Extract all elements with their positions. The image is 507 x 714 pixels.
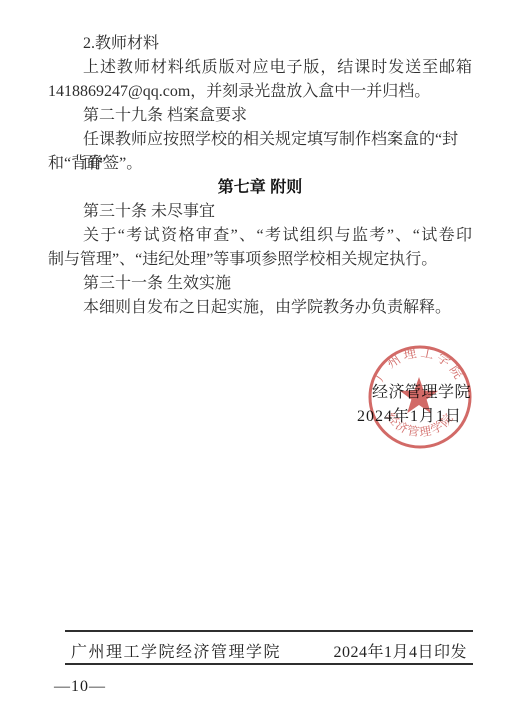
page-number: —10— xyxy=(54,678,106,696)
footer-issuer: 广州理工学院经济管理学院 xyxy=(71,639,281,662)
signature-date: 2024年1月1日 xyxy=(357,403,462,426)
clause-heading-29: 第二十九条 档案盒要求 xyxy=(48,104,472,128)
clause-heading-31: 第三十一条 生效实施 xyxy=(48,272,472,296)
body-line-9: 关于“考试资格审查”、“考试组织与监考”、“试卷印 xyxy=(48,224,472,248)
body-line-5: 任课教师应按照学校的相关规定填写制作档案盒的“封面” xyxy=(48,128,472,152)
body-line-2: 上述教师材料纸质版对应电子版，结课时发送至邮箱 xyxy=(48,56,472,80)
body-line-3: 1418869247@qq.com，并刻录光盘放入盒中一并归档。 xyxy=(48,80,472,104)
chapter-heading: 第七章 附则 xyxy=(48,176,472,200)
footer-print-date: 2024年1月4日印发 xyxy=(333,639,467,662)
footer-rule-top xyxy=(65,630,473,632)
body-line-10: 制与管理”、“违纪处理”等事项参照学校相关规定执行。 xyxy=(48,248,472,272)
document-page: 2.教师材料 上述教师材料纸质版对应电子版，结课时发送至邮箱 141886924… xyxy=(0,0,507,714)
body-line-1: 2.教师材料 xyxy=(48,32,472,56)
signature-org: 经济管理学院 xyxy=(372,379,471,402)
body-line-6: 和“背脊签”。 xyxy=(48,152,472,176)
clause-heading-30: 第三十条 未尽事宜 xyxy=(48,200,472,224)
document-body: 2.教师材料 上述教师材料纸质版对应电子版，结课时发送至邮箱 141886924… xyxy=(48,32,472,320)
body-line-12: 本细则自发布之日起实施，由学院教务办负责解释。 xyxy=(48,296,472,320)
footer-rule-bottom xyxy=(65,663,473,665)
seal-top-text: 广州理工学院 xyxy=(372,344,468,383)
footer-row: 广州理工学院经济管理学院 2024年1月4日印发 xyxy=(65,639,473,662)
